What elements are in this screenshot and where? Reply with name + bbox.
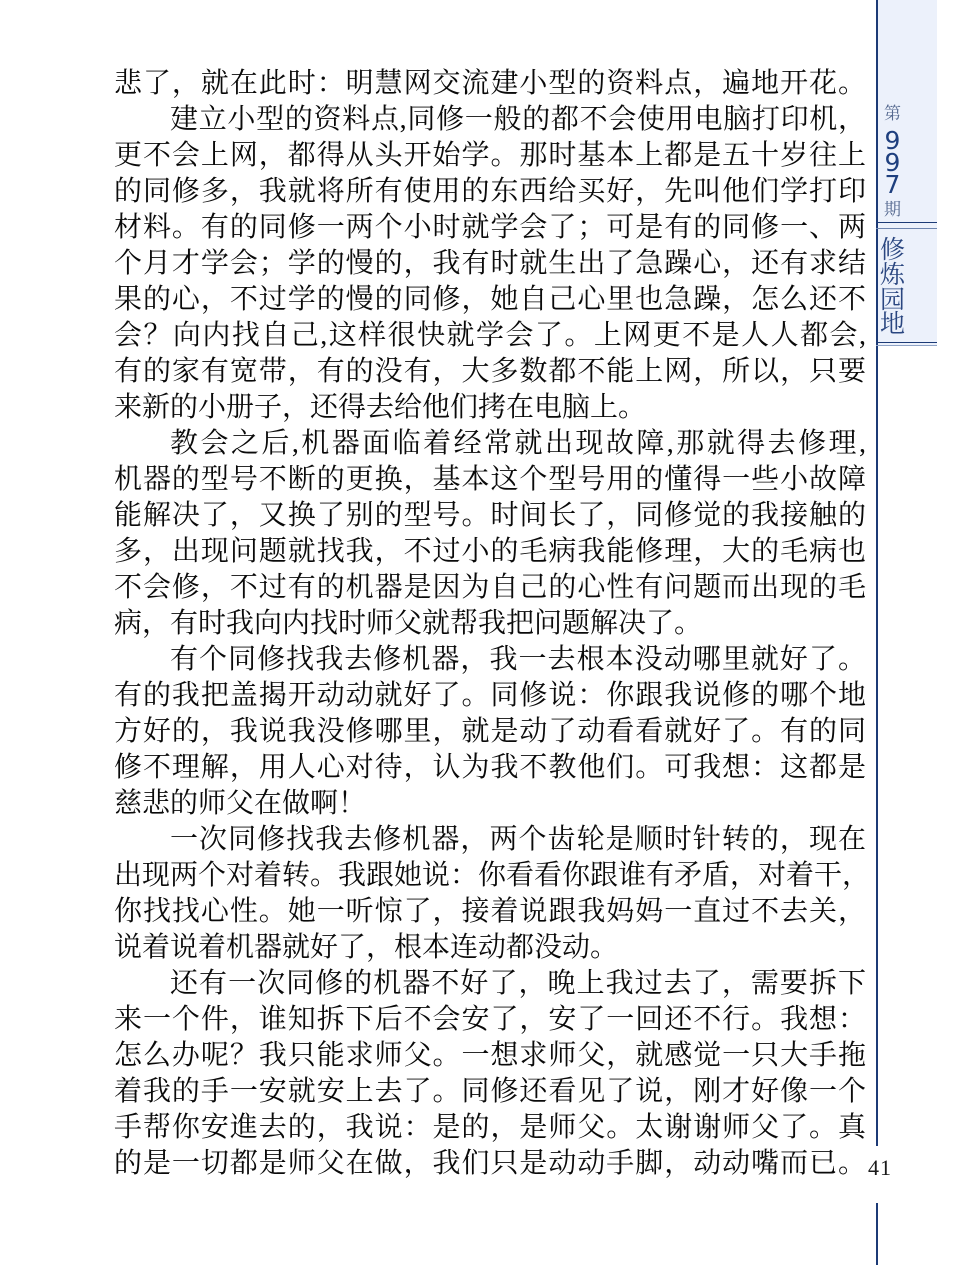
panel-divider-top-1 — [876, 222, 937, 223]
text-line: 的同修多，我就将所有使用的东西给买好，先叫他们学打印 — [114, 174, 866, 210]
text-line: 会？向内找自己,这样很快就学会了。上网更不是人人都会, — [114, 318, 866, 354]
text-line: 方好的，我说我没修哪里，就是动了动看看就好了。有的同 — [114, 714, 866, 750]
text-line: 更不会上网，都得从头开始学。那时基本上都是五十岁往上 — [114, 138, 866, 174]
text-line: 来一个件，谁知拆下后不会安了，安了一回还不行。我想： — [114, 1002, 866, 1038]
text-line: 材料。有的同修一两个小时就学会了；可是有的同修一、两 — [114, 210, 866, 246]
text-line: 不会修，不过有的机器是因为自己的心性有问题而出现的毛 — [114, 570, 866, 606]
section-name-char: 园 — [878, 288, 907, 313]
text-line: 教会之后,机器面临着经常就出现故障,那就得去修理, — [114, 426, 866, 462]
panel-divider-top-2 — [876, 228, 937, 229]
text-line: 手帮你安進去的，我说：是的，是师父。太谢谢师父了。真 — [114, 1110, 866, 1146]
text-line: 怎么办呢？我只能求师父。一想求师父，就感觉一只大手拖 — [114, 1038, 866, 1074]
panel-divider-bottom-1 — [876, 342, 937, 343]
text-line: 你找找心性。她一听惊了，接着说跟我妈妈一直过不去关， — [114, 894, 866, 930]
text-line: 慈悲的师父在做啊！ — [114, 786, 866, 822]
text-line: 一次同修找我去修机器，两个齿轮是顺时针转的，现在 — [114, 822, 866, 858]
text-line: 果的心，不过学的慢的同修，她自己心里也急躁，怎么还不 — [114, 282, 866, 318]
section-name-char: 地 — [878, 312, 907, 337]
text-line: 建立小型的资料点,同修一般的都不会使用电脑打印机， — [114, 102, 866, 138]
section-name-char: 炼 — [878, 263, 907, 288]
text-line: 有的家有宽带，有的没有，大多数都不能上网，所以，只要 — [114, 354, 866, 390]
text-line: 还有一次同修的机器不好了，晚上我过去了，需要拆下 — [114, 966, 866, 1002]
issue-prefix: 第 — [878, 104, 907, 124]
text-line: 有的我把盖揭开动动就好了。同修说：你跟我说修的哪个地 — [114, 678, 866, 714]
text-line: 的是一切都是师父在做，我们只是动动手脚，动动嘴而已。 — [114, 1146, 866, 1182]
issue-digit: 7 — [878, 174, 907, 196]
issue-suffix: 期 — [878, 200, 907, 220]
text-line: 个月才学会；学的慢的，我有时就生出了急躁心，还有求结 — [114, 246, 866, 282]
text-line: 悲了，就在此时：明慧网交流建小型的资料点，遍地开花。 — [114, 66, 866, 102]
document-page: 悲了，就在此时：明慧网交流建小型的资料点，遍地开花。建立小型的资料点,同修一般的… — [0, 0, 978, 1265]
text-line: 修不理解，用人心对待，认为我不教他们。可我想：这都是 — [114, 750, 866, 786]
text-line: 能解决了，又换了别的型号。时间长了，同修觉的我接触的 — [114, 498, 866, 534]
panel-divider-bottom-2 — [876, 345, 937, 346]
text-line: 出现两个对着转。我跟她说：你看看你跟谁有矛盾，对着干， — [114, 858, 866, 894]
text-line: 有个同修找我去修机器，我一去根本没动哪里就好了。 — [114, 642, 866, 678]
page-number: 41 — [868, 1153, 892, 1183]
text-line: 病，有时我向内找时师父就帮我把问题解决了。 — [114, 606, 866, 642]
text-line: 着我的手一安就安上去了。同修还看见了说，刚才好像一个 — [114, 1074, 866, 1110]
margin-rule-bottom — [876, 1203, 878, 1265]
text-line: 说着说着机器就好了，根本连动都没动。 — [114, 930, 866, 966]
text-block: 悲了，就在此时：明慧网交流建小型的资料点，遍地开花。建立小型的资料点,同修一般的… — [114, 66, 866, 1182]
text-line: 来新的小册子，还得去给他们拷在电脑上。 — [114, 390, 866, 426]
text-line: 多，出现问题就找我，不过小的毛病我能修理，大的毛病也 — [114, 534, 866, 570]
section-name-char: 修 — [878, 238, 907, 263]
text-line: 机器的型号不断的更换，基本这个型号用的懂得一些小故障 — [114, 462, 866, 498]
